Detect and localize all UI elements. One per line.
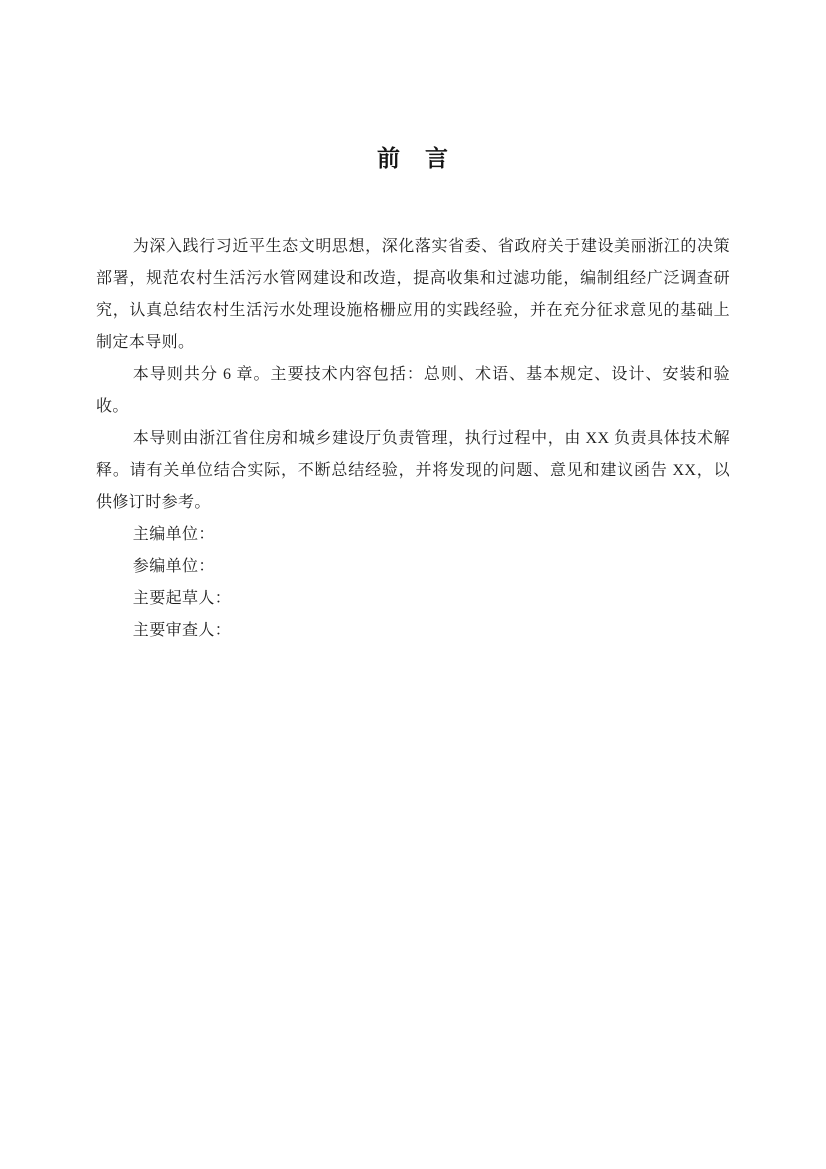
paragraph-intent: 为深入践行习近平生态文明思想，深化落实省委、省政府关于建设美丽浙江的决策部署，规… — [96, 231, 730, 359]
roster-item-main-drafters: 主要起草人： — [96, 583, 730, 615]
roster-item-participating-unit: 参编单位： — [96, 551, 730, 583]
paragraph-chapters: 本导则共分 6 章。主要技术内容包括：总则、术语、基本规定、设计、安装和验收。 — [96, 359, 730, 423]
preface-body: 为深入践行习近平生态文明思想，深化落实省委、省政府关于建设美丽浙江的决策部署，规… — [96, 231, 730, 519]
document-page: 前 言 为深入践行习近平生态文明思想，深化落实省委、省政府关于建设美丽浙江的决策… — [0, 0, 826, 1169]
page-title: 前 言 — [96, 143, 730, 175]
roster-item-chief-editor-unit: 主编单位： — [96, 519, 730, 551]
paragraph-management: 本导则由浙江省住房和城乡建设厅负责管理，执行过程中，由 XX 负责具体技术解释。… — [96, 423, 730, 519]
roster-item-main-reviewers: 主要审查人： — [96, 615, 730, 647]
editorial-roster: 主编单位： 参编单位： 主要起草人： 主要审查人： — [96, 519, 730, 647]
